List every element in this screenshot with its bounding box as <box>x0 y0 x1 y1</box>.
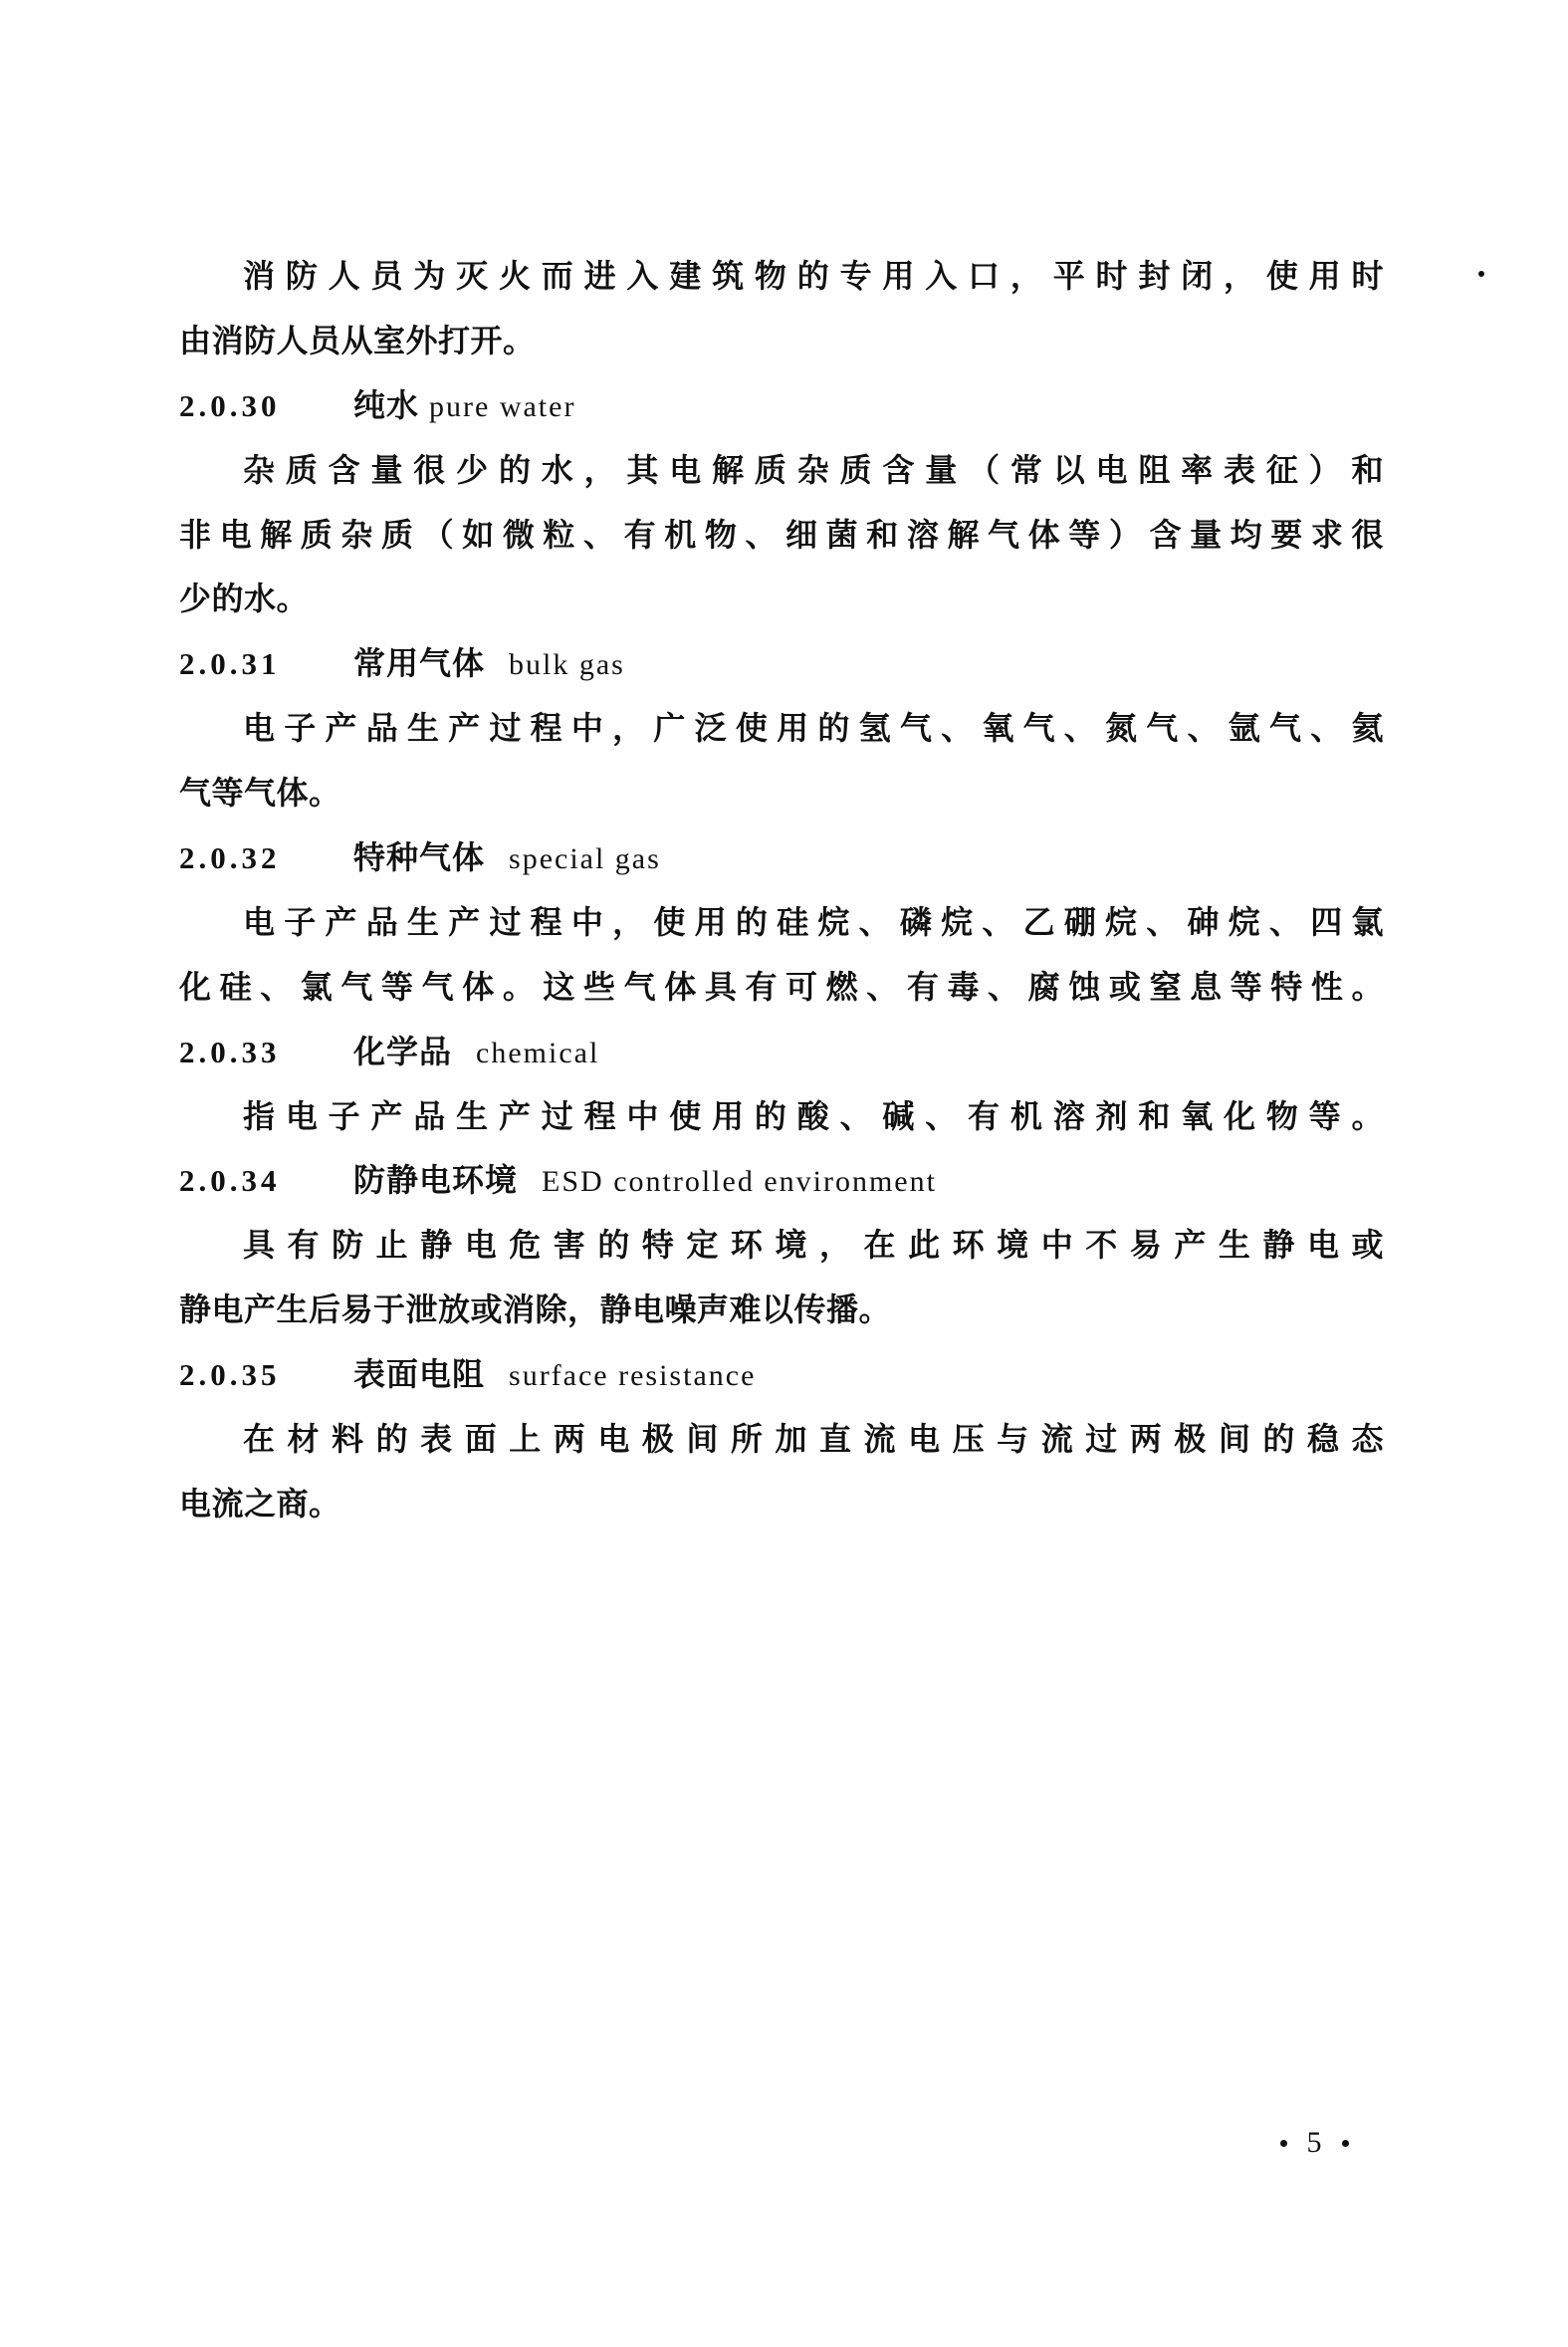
term-number: 2.0.35 <box>179 1343 353 1408</box>
term-number: 2.0.32 <box>179 826 353 891</box>
term-english: special gas <box>509 842 661 875</box>
term-heading: 2.0.31常用气体bulk gas <box>179 631 1386 696</box>
document-body: 消防人员为灭火而进入建筑物的专用入口，平时封闭，使用时 由消防人员从室外打开。 … <box>179 244 1386 1536</box>
term-chinese: 常用气体 <box>353 644 485 682</box>
term-number: 2.0.30 <box>179 374 353 439</box>
term-number: 2.0.34 <box>179 1149 353 1214</box>
definition-line: 杂质含量很少的水，其电解质杂质含量（常以电阻率表征）和 <box>179 438 1384 503</box>
term-heading: 2.0.33化学品chemical <box>179 1020 1386 1084</box>
term-chinese: 表面电阻 <box>353 1355 485 1393</box>
term-heading: 2.0.32特种气体special gas <box>179 825 1386 890</box>
term-english: bulk gas <box>509 648 625 681</box>
definition-line: 化硅、氯气等气体。这些气体具有可燃、有毒、腐蚀或窒息等特性。 <box>179 955 1384 1020</box>
definition-line: 电子产品生产过程中，使用的硅烷、磷烷、乙硼烷、砷烷、四氯 <box>179 890 1384 955</box>
term-english: pure water <box>429 390 575 423</box>
term-chinese: 化学品 <box>353 1033 452 1070</box>
definition-line: 指电子产品生产过程中使用的酸、碱、有机溶剂和氧化物等。 <box>179 1084 1384 1149</box>
definition-line: 电子产品生产过程中，广泛使用的氢气、氧气、氮气、氩气、氦 <box>179 696 1384 761</box>
definition-line: 在材料的表面上两电极间所加直流电压与流过两极间的稳态 <box>179 1407 1384 1472</box>
term-number: 2.0.31 <box>179 632 353 697</box>
term-english: surface resistance <box>509 1359 756 1392</box>
definition-line: 静电产生后易于泄放或消除，静电噪声难以传播。 <box>179 1278 1386 1342</box>
definition-line: 非电解质杂质（如微粒、有机物、细菌和溶解气体等）含量均要求很 <box>179 503 1384 568</box>
definition-line: 气等气体。 <box>179 761 1386 825</box>
term-chinese: 特种气体 <box>353 838 485 876</box>
term-chinese: 纯水 <box>353 386 419 424</box>
paragraph-line: 消防人员为灭火而进入建筑物的专用入口，平时封闭，使用时 <box>179 244 1384 309</box>
document-page: 消防人员为灭火而进入建筑物的专用入口，平时封闭，使用时 由消防人员从室外打开。 … <box>0 0 1568 2347</box>
definition-line: 具有防止静电危害的特定环境，在此环境中不易产生静电或 <box>179 1213 1384 1278</box>
page-number: 5 <box>1244 2121 1384 2165</box>
term-chinese: 防静电环境 <box>353 1161 518 1199</box>
term-english: ESD controlled environment <box>542 1165 937 1198</box>
term-heading: 2.0.35表面电阻surface resistance <box>179 1342 1386 1407</box>
term-heading: 2.0.34防静电环境ESD controlled environment <box>179 1148 1386 1213</box>
paragraph-line: 由消防人员从室外打开。 <box>179 309 1386 373</box>
term-english: chemical <box>476 1037 599 1069</box>
page-number-value: 5 <box>1307 2126 1322 2160</box>
definition-line: 电流之商。 <box>179 1472 1386 1536</box>
term-number: 2.0.33 <box>179 1021 353 1085</box>
definition-line: 少的水。 <box>179 567 1386 631</box>
scan-artifact-dot <box>1478 271 1484 277</box>
page-number-dot-right <box>1342 2140 1349 2147</box>
page-number-dot-left <box>1280 2140 1287 2147</box>
term-heading: 2.0.30纯水pure water <box>179 373 1386 438</box>
